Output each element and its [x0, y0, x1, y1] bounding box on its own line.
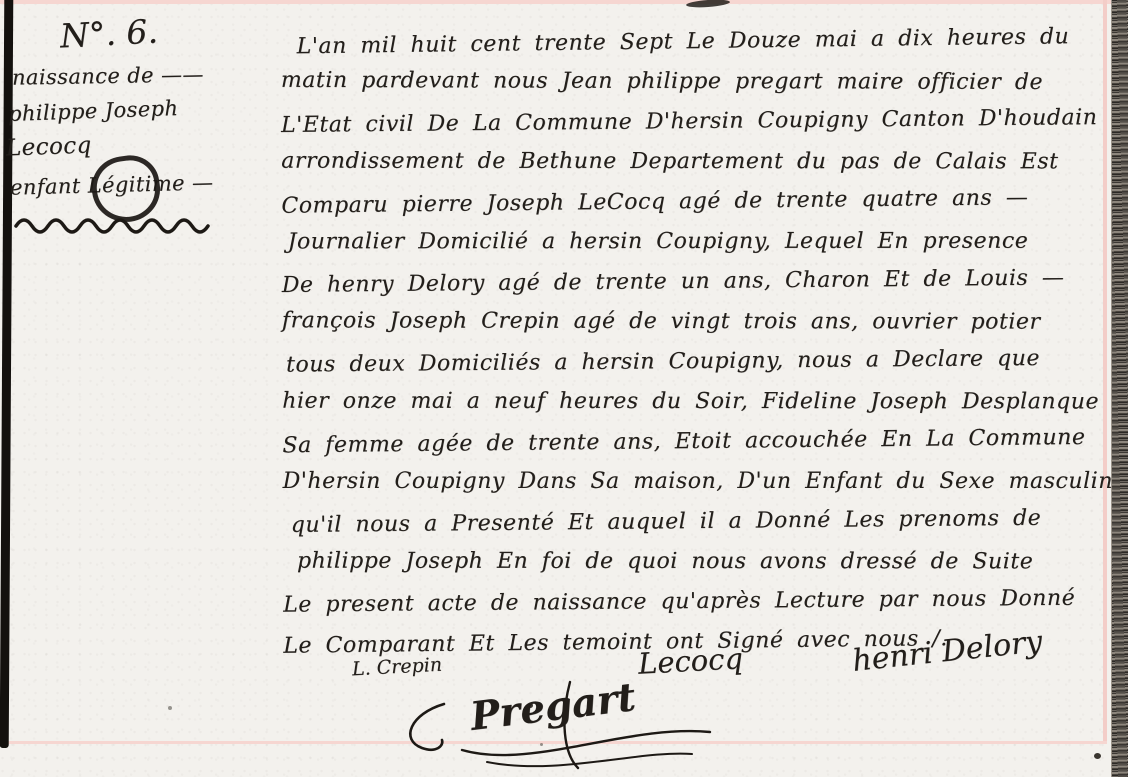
margin-note-line: Lecocq — [6, 133, 92, 162]
act-body-line: françois Joseph Crepin agé de vingt troi… — [282, 301, 1112, 342]
ink-speck — [1094, 753, 1101, 759]
act-body-line: philippe Joseph En foi de quoi nous avon… — [297, 542, 1113, 583]
book-binding-edge — [1111, 0, 1128, 777]
act-body-line: Comparu pierre Joseph LeCocq agé de tren… — [281, 177, 1112, 226]
act-body-line: L'Etat civil De La Commune D'hersin Coup… — [281, 98, 1112, 146]
act-number: N°. 6. — [59, 11, 159, 55]
act-body-line: arrondissement de Bethune Departement du… — [281, 142, 1111, 183]
act-body-line: Sa femme agée de trente ans, Etoit accou… — [282, 418, 1113, 467]
ink-smudge — [686, 0, 730, 9]
ink-speck — [168, 706, 172, 710]
act-body-line: matin pardevant nous Jean philippe prega… — [281, 61, 1111, 103]
margin-note-line: philippe Joseph — [8, 96, 179, 126]
act-body-line: hier onze mai a neuf heures du Soir, Fid… — [282, 382, 1112, 423]
act-body-line: qu'il nous a Presenté Et auquel il a Don… — [291, 498, 1114, 546]
act-body-line: tous deux Domiciliés a hersin Coupigny, … — [286, 338, 1113, 385]
act-body-line: L'an mil huit cent trente Sept Le Douze … — [296, 17, 1111, 68]
act-body-line: D'hersin Coupigny Dans Sa maison, D'un E… — [283, 462, 1113, 502]
scanned-register-page: N°. 6. naissance de —— philippe Joseph L… — [0, 0, 1128, 777]
act-body-line: Journalier Domicilié a hersin Coupigny, … — [288, 222, 1112, 263]
margin-note-line: naissance de —— — [12, 62, 204, 89]
act-body-line: De henry Delory agé de trente un ans, Ch… — [282, 258, 1113, 306]
scan-border-top — [0, 0, 1128, 4]
margin-flourish — [12, 210, 227, 234]
act-body: L'an mil huit cent trente Sept Le Douze … — [281, 20, 1114, 664]
